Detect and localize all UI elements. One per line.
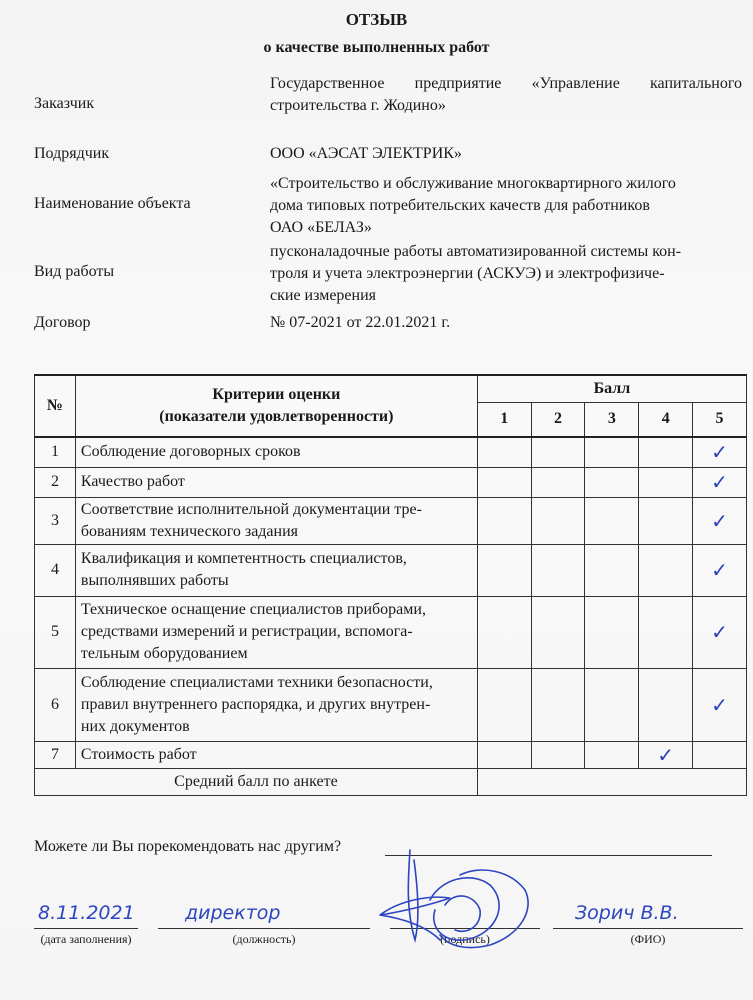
work-type-value: пусконаладочные работы автоматизированно…: [270, 241, 742, 307]
row-criterion: Соблюдение специалистами техники безопас…: [75, 668, 477, 741]
score-cell-4[interactable]: [639, 544, 693, 596]
row-number: 4: [35, 544, 76, 596]
score-cell-2[interactable]: [531, 467, 585, 497]
score-cell-1[interactable]: [477, 741, 531, 768]
header-score-4: 4: [639, 402, 693, 437]
name-value: Зорич В.В.: [575, 902, 679, 924]
score-cell-1[interactable]: [477, 467, 531, 497]
evaluation-table: № Критерии оценки (показатели удовлетвор…: [34, 374, 747, 796]
contract-label: Договор: [34, 314, 91, 332]
score-cell-5[interactable]: ✓: [693, 497, 747, 544]
table-row: 7Стоимость работ✓: [35, 741, 747, 768]
document-title: ОТЗЫВ: [0, 10, 753, 30]
score-cell-2[interactable]: [531, 497, 585, 544]
row-criterion: Качество работ: [75, 467, 477, 497]
row-number: 6: [35, 668, 76, 741]
checkmark-icon: ✓: [711, 440, 728, 464]
header-score-5: 5: [693, 402, 747, 437]
checkmark-icon: ✓: [657, 743, 674, 767]
score-cell-5[interactable]: ✓: [693, 596, 747, 668]
score-cell-4[interactable]: [639, 668, 693, 741]
row-number: 5: [35, 596, 76, 668]
checkmark-icon: ✓: [711, 693, 728, 717]
header-score-2: 2: [531, 402, 585, 437]
score-cell-2[interactable]: [531, 596, 585, 668]
header-score-1: 1: [477, 402, 531, 437]
row-criterion: Квалификация и компетентность специалист…: [75, 544, 477, 596]
object-label: Наименование объекта: [34, 195, 191, 213]
contract-value: № 07-2021 от 22.01.2021 г.: [270, 312, 742, 334]
customer-value: Государственное предприятие «Управление …: [270, 73, 742, 117]
row-number: 3: [35, 497, 76, 544]
contractor-value: ООО «АЭСАТ ЭЛЕКТРИК»: [270, 143, 742, 165]
score-cell-2[interactable]: [531, 741, 585, 768]
header-criteria: Критерии оценки (показатели удовлетворен…: [75, 375, 477, 437]
contractor-label: Подрядчик: [34, 145, 109, 163]
row-number: 2: [35, 467, 76, 497]
score-cell-4[interactable]: [639, 467, 693, 497]
date-value: 8.11.2021: [38, 902, 135, 924]
row-criterion: Стоимость работ: [75, 741, 477, 768]
handwritten-signature-icon: [370, 830, 550, 955]
row-criterion: Техническое оснащение специалистов прибо…: [75, 596, 477, 668]
score-cell-3[interactable]: [585, 467, 639, 497]
score-cell-5[interactable]: ✓: [693, 544, 747, 596]
row-criterion: Соблюдение договорных сроков: [75, 437, 477, 467]
checkmark-icon: ✓: [711, 620, 728, 644]
position-line[interactable]: [158, 928, 370, 929]
score-cell-2[interactable]: [531, 668, 585, 741]
checkmark-icon: ✓: [711, 470, 728, 494]
position-value: директор: [185, 902, 280, 924]
table-row: 4Квалификация и компетентность специалис…: [35, 544, 747, 596]
score-cell-3[interactable]: [585, 741, 639, 768]
score-cell-1[interactable]: [477, 668, 531, 741]
row-number: 7: [35, 741, 76, 768]
score-cell-1[interactable]: [477, 497, 531, 544]
customer-label: Заказчик: [34, 95, 94, 113]
header-score-3: 3: [585, 402, 639, 437]
name-caption: (ФИО): [553, 932, 743, 947]
score-cell-5[interactable]: ✓: [693, 668, 747, 741]
score-cell-5[interactable]: [693, 741, 747, 768]
score-cell-4[interactable]: [639, 437, 693, 467]
object-value: «Строительство и обслуживание многокварт…: [270, 173, 742, 239]
date-line[interactable]: [34, 928, 138, 929]
score-cell-3[interactable]: [585, 437, 639, 467]
document-page: ОТЗЫВ о качестве выполненных работ Заказ…: [0, 0, 753, 1000]
score-cell-4[interactable]: [639, 497, 693, 544]
score-cell-4[interactable]: ✓: [639, 741, 693, 768]
score-cell-5[interactable]: ✓: [693, 437, 747, 467]
checkmark-icon: ✓: [711, 558, 728, 582]
score-cell-3[interactable]: [585, 544, 639, 596]
score-cell-3[interactable]: [585, 596, 639, 668]
score-cell-5[interactable]: ✓: [693, 467, 747, 497]
recommend-question: Можете ли Вы порекомендовать нас другим?: [34, 838, 341, 856]
table-row: 1Соблюдение договорных сроков✓: [35, 437, 747, 467]
date-caption: (дата заполнения): [34, 932, 138, 947]
row-number: 1: [35, 437, 76, 467]
row-criterion: Соответствие исполнительной документации…: [75, 497, 477, 544]
average-score-label: Средний балл по анкете: [35, 768, 478, 795]
score-cell-3[interactable]: [585, 668, 639, 741]
name-line[interactable]: [553, 928, 743, 929]
score-cell-1[interactable]: [477, 437, 531, 467]
checkmark-icon: ✓: [711, 509, 728, 533]
average-score-value[interactable]: [477, 768, 746, 795]
score-cell-4[interactable]: [639, 596, 693, 668]
score-cell-2[interactable]: [531, 544, 585, 596]
table-row: 6Соблюдение специалистами техники безопа…: [35, 668, 747, 741]
work-type-label: Вид работы: [34, 263, 114, 281]
score-cell-2[interactable]: [531, 437, 585, 467]
header-score-group: Балл: [477, 375, 746, 402]
score-cell-3[interactable]: [585, 497, 639, 544]
table-row: 5Техническое оснащение специалистов приб…: [35, 596, 747, 668]
position-caption: (должность): [158, 932, 370, 947]
score-cell-1[interactable]: [477, 596, 531, 668]
table-row: 3Соответствие исполнительной документаци…: [35, 497, 747, 544]
header-number: №: [35, 375, 76, 437]
table-row: 2Качество работ✓: [35, 467, 747, 497]
document-subtitle: о качестве выполненных работ: [0, 39, 753, 57]
score-cell-1[interactable]: [477, 544, 531, 596]
